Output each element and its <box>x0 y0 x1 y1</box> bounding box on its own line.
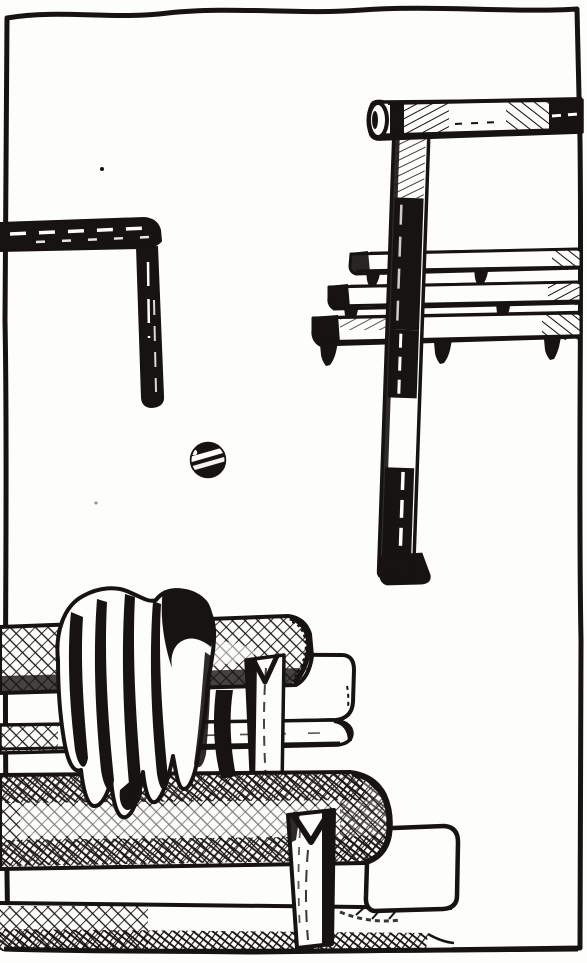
lower-front-post <box>288 810 334 948</box>
pole-foot <box>379 551 432 587</box>
illustration-canvas <box>0 0 587 963</box>
frame-border-bottom <box>4 949 578 951</box>
upper-right-beam <box>368 99 582 139</box>
ink-drawing <box>0 0 587 963</box>
beam-end-core <box>372 111 378 129</box>
ink-speck <box>100 167 104 171</box>
ink-speck <box>95 502 98 505</box>
